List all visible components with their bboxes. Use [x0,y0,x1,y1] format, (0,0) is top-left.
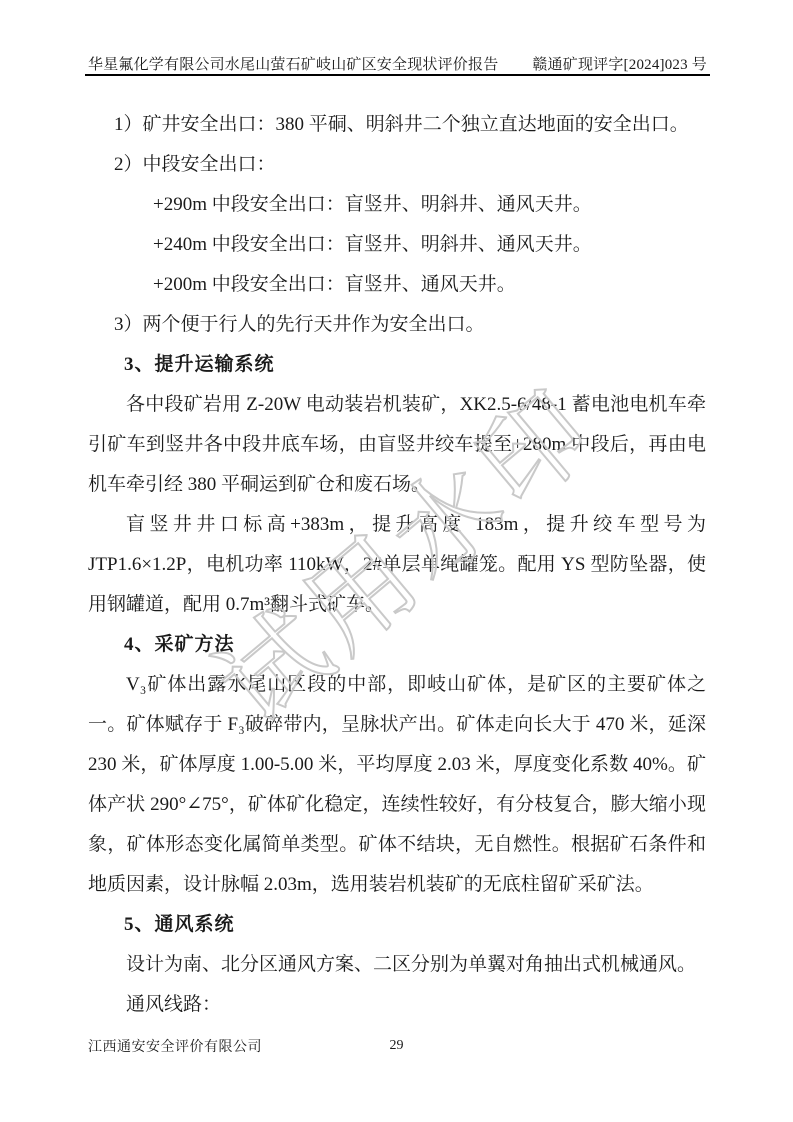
paragraph: 通风线路： [88,985,706,1025]
paragraph: 1）矿井安全出口：380 平硐、明斜井二个独立直达地面的安全出口。 [88,105,706,145]
section-heading: 3、提升运输系统 [88,345,706,385]
page-header: 华星氟化学有限公司水尾山萤石矿岐山矿区安全现状评价报告 赣通矿现评字[2024]… [88,50,707,74]
section-heading: 4、采矿方法 [88,625,706,665]
paragraph: 盲竖井井口标高+383m，提升高度 183m，提升绞车型号为 JTP1.6×1.… [88,505,706,625]
paragraph: +200m 中段安全出口：盲竖井、通风天井。 [88,265,706,305]
document-body: 1）矿井安全出口：380 平硐、明斜井二个独立直达地面的安全出口。2）中段安全出… [88,105,706,1025]
paragraph: V₃矿体出露水尾山区段的中部，即岐山矿体，是矿区的主要矿体之一。矿体赋存于 F₃… [88,665,706,905]
report-page: 华星氟化学有限公司水尾山萤石矿岐山矿区安全现状评价报告 赣通矿现评字[2024]… [0,0,793,1122]
paragraph: 设计为南、北分区通风方案、二区分别为单翼对角抽出式机械通风。 [88,945,706,985]
header-report-title: 华星氟化学有限公司水尾山萤石矿岐山矿区安全现状评价报告 [88,53,498,74]
section-heading: 5、通风系统 [88,905,706,945]
header-doc-number: 赣通矿现评字[2024]023 号 [532,53,707,74]
paragraph: +290m 中段安全出口：盲竖井、明斜井、通风天井。 [88,185,706,225]
header-divider [85,74,710,76]
paragraph: 3）两个便于行人的先行天井作为安全出口。 [88,305,706,345]
paragraph: +240m 中段安全出口：盲竖井、明斜井、通风天井。 [88,225,706,265]
footer-page-number: 29 [0,1038,793,1054]
paragraph: 各中段矿岩用 Z-20W 电动装岩机装矿，XK2.5-6/48-1 蓄电池电机车… [88,385,706,505]
paragraph: 2）中段安全出口： [88,145,706,185]
